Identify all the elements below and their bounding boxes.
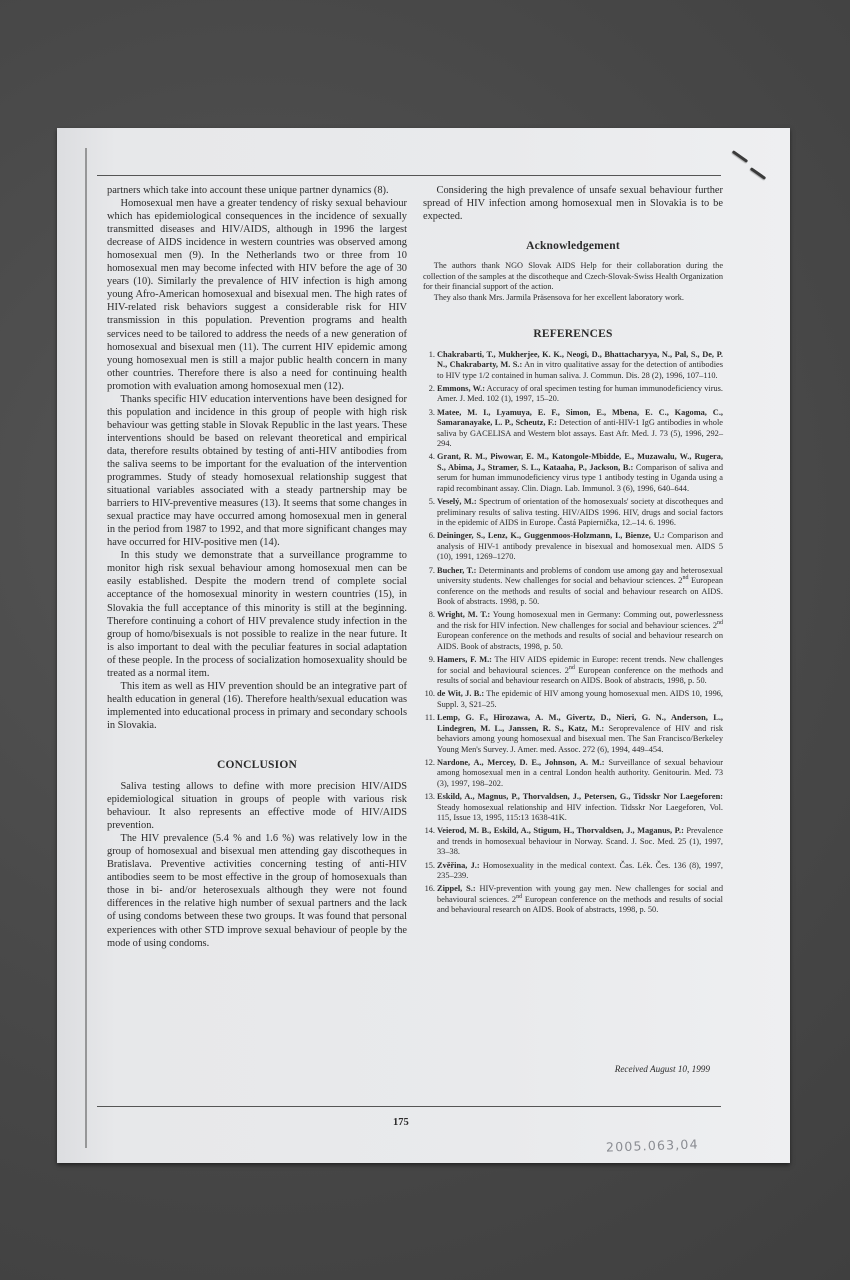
body-paragraph: partners which take into account these u… xyxy=(107,184,407,197)
reference-number: 5. xyxy=(423,497,435,508)
reference-number: 15. xyxy=(423,861,435,872)
reference-authors: Zvěřina, J.: xyxy=(437,861,480,870)
header-rule xyxy=(97,175,721,176)
reference-number: 4. xyxy=(423,452,435,463)
reference-authors: Zippel, S.: xyxy=(437,884,476,893)
reference-item: 2.Emmons, W.: Accuracy of oral specimen … xyxy=(423,384,723,405)
reference-authors: Hamers, F. M.: xyxy=(437,655,492,664)
body-paragraph: Thanks specific HIV education interventi… xyxy=(107,393,407,550)
reference-authors: Veselý, M.: xyxy=(437,497,477,506)
reference-authors: de Wit, J. B.: xyxy=(437,689,484,698)
body-paragraph: Homosexual men have a greater tendency o… xyxy=(107,197,407,393)
reference-number: 16. xyxy=(423,884,435,895)
reference-item: 13.Eskild, A., Magnus, P., Thorvaldsen, … xyxy=(423,792,723,824)
page-binding-edge xyxy=(85,148,87,1148)
reference-item: 6.Deininger, S., Lenz, K., Guggenmoos-Ho… xyxy=(423,531,723,563)
reference-number: 7. xyxy=(423,566,435,577)
acknowledgement-heading: Acknowledgement xyxy=(423,240,723,253)
reference-number: 13. xyxy=(423,792,435,803)
page-number: 175 xyxy=(393,1117,409,1128)
reference-authors: Eskild, A., Magnus, P., Thorvaldsen, J.,… xyxy=(437,792,723,801)
reference-text: HIV-prevention with young gay men. New c… xyxy=(437,884,723,914)
reference-item: 3.Matee, M. I., Lyamuya, E. F., Simon, E… xyxy=(423,408,723,450)
acknowledgement-paragraph: The authors thank NGO Slovak AIDS Help f… xyxy=(423,261,723,293)
reference-number: 2. xyxy=(423,384,435,395)
reference-authors: Wright, M. T.: xyxy=(437,610,490,619)
reference-number: 1. xyxy=(423,350,435,361)
conclusion-paragraph: Saliva testing allows to define with mor… xyxy=(107,780,407,832)
acknowledgement-body: The authors thank NGO Slovak AIDS Help f… xyxy=(423,261,723,303)
received-date: Received August 10, 1999 xyxy=(540,1064,710,1074)
reference-number: 11. xyxy=(423,713,435,724)
reference-number: 9. xyxy=(423,655,435,666)
reference-number: 6. xyxy=(423,531,435,542)
reference-item: 4.Grant, R. M., Piwowar, E. M., Katongol… xyxy=(423,452,723,494)
reference-item: 8.Wright, M. T.: Young homosexual men in… xyxy=(423,610,723,652)
reference-item: 9.Hamers, F. M.: The HIV AIDS epidemic i… xyxy=(423,655,723,687)
references-list: 1.Chakrabarti, T., Mukherjee, K. K., Neo… xyxy=(423,350,723,916)
footer-rule xyxy=(97,1106,721,1107)
reference-item: 11.Lemp, G. F., Hirozawa, A. M., Givertz… xyxy=(423,713,723,755)
reference-number: 3. xyxy=(423,408,435,419)
right-column: Considering the high prevalence of unsaf… xyxy=(423,184,723,918)
reference-number: 10. xyxy=(423,689,435,700)
reference-text: Steady homosexual relationship and HIV i… xyxy=(437,803,723,823)
reference-item: 14.Veierod, M. B., Eskild, A., Stigum, H… xyxy=(423,826,723,858)
conclusion-paragraph: The HIV prevalence (5.4 % and 1.6 %) was… xyxy=(107,832,407,949)
reference-item: 1.Chakrabarti, T., Mukherjee, K. K., Neo… xyxy=(423,350,723,382)
reference-item: 15.Zvěřina, J.: Homosexuality in the med… xyxy=(423,861,723,882)
reference-authors: Nardone, A., Mercey, D. E., Johnson, A. … xyxy=(437,758,605,767)
body-paragraph: Considering the high prevalence of unsaf… xyxy=(423,184,723,223)
reference-text: Homosexuality in the medical context. Ča… xyxy=(437,861,723,881)
body-paragraph: In this study we demonstrate that a surv… xyxy=(107,549,407,679)
reference-item: 10.de Wit, J. B.: The epidemic of HIV am… xyxy=(423,689,723,710)
reference-number: 14. xyxy=(423,826,435,837)
reference-authors: Emmons, W.: xyxy=(437,384,485,393)
left-column: partners which take into account these u… xyxy=(107,184,407,950)
reference-text: Determinants and problems of condom use … xyxy=(437,566,723,607)
reference-item: 16.Zippel, S.: HIV-prevention with young… xyxy=(423,884,723,916)
reference-item: 7.Bucher, T.: Determinants and problems … xyxy=(423,566,723,608)
body-paragraph: This item as well as HIV prevention shou… xyxy=(107,680,407,732)
conclusion-heading: CONCLUSION xyxy=(107,759,407,772)
reference-authors: Bucher, T.: xyxy=(437,566,476,575)
reference-authors: Veierod, M. B., Eskild, A., Stigum, H., … xyxy=(437,826,684,835)
reference-number: 8. xyxy=(423,610,435,621)
acknowledgement-paragraph: They also thank Mrs. Jarmila Präsensova … xyxy=(423,293,723,304)
reference-item: 12.Nardone, A., Mercey, D. E., Johnson, … xyxy=(423,758,723,790)
references-heading: REFERENCES xyxy=(423,328,723,341)
reference-text: Spectrum of orientation of the homosexua… xyxy=(437,497,723,527)
reference-item: 5.Veselý, M.: Spectrum of orientation of… xyxy=(423,497,723,529)
reference-number: 12. xyxy=(423,758,435,769)
reference-authors: Deininger, S., Lenz, K., Guggenmoos-Holz… xyxy=(437,531,665,540)
